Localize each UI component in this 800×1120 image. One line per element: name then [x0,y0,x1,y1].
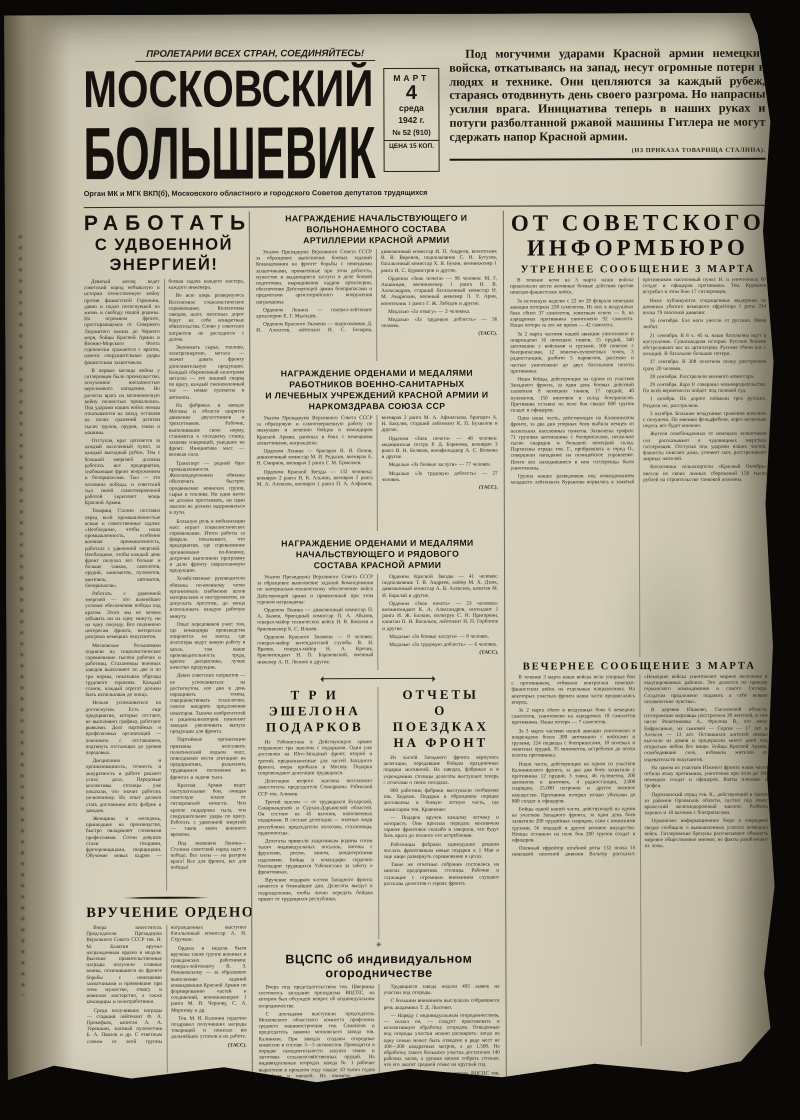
morning-report-body: В течение ночи на 3 марта наши войска пр… [510,277,767,658]
gifts-headline: Т Р И ЭШЕЛОНА ПОДАРКОВ [257,687,372,735]
award-artillery-headline: НАГРАЖДЕНИЕ НАЧАЛЬСТВУЮЩЕГО И ВОЛЬНОНАЕМ… [256,213,497,247]
ceremony-headline: ВРУЧЕНИЕ ОРДЕНОВ И МЕДАЛЕЙ СОЮЗА ССР [86,905,246,923]
ceremony-body: Вчера заместитель Председателя Президиум… [86,925,247,1074]
slogan: ПРОЛЕТАРИИ ВСЕХ СТРАН, СОЕДИНЯЙТЕСЬ! [135,48,375,62]
date-day: 4 [384,83,438,103]
sovinformburo-headline: ОТ СОВЕТСКОГО ИНФОРМБЮРО [510,210,766,261]
front-reports-headline: ОТЧЕТЫ О ПОЕЗДКАХ НА ФРОНТ [383,687,499,751]
stalin-quote: Под могучими ударами Красной армии немец… [449,47,765,145]
newspaper-title: МОСКОВСКИЙ БОЛЬШЕВИК [83,62,377,185]
gifts-body: Из Узбекистана в Действующую армию отпра… [258,739,373,927]
award-artillery-body: Указом Президиума Верховного Совета СССР… [256,249,497,362]
star-separator: ✳ [258,941,499,951]
editorial-headline: РАБОТАТЬ С УДВОЕННОЙ ЭНЕРГИЕЙ! [84,212,244,276]
scan-backdrop: { "masthead": { "slogan": "ПРОЛЕТАРИИ ВС… [0,0,800,1120]
left-column: РАБОТАТЬ С УДВОЕННОЙ ЭНЕРГИЕЙ! Девятый м… [84,211,253,1078]
evening-report-body: В течение 3 марта наши войска вели упорн… [511,674,768,1047]
lead-quote-block: Под могучими ударами Красной армии немец… [449,47,765,161]
award-medical-body: Указом Президиума Верховного Совета СССР… [256,415,497,532]
main-columns: РАБОТАТЬ С УДВОЕННОЙ ЭНЕРГИЕЙ! Девятый м… [84,210,769,1078]
masthead-band: ПРОЛЕТАРИИ ВСЕХ СТРАН, СОЕДИНЯЙТЕСЬ! МОС… [83,45,766,208]
morning-report-subhead: УТРЕННЕЕ СООБЩЕНИЕ 3 МАРТА [510,264,766,276]
quote-attribution: (ИЗ ПРИКАЗА ТОВАРИЩА СТАЛИНА). [450,146,766,154]
arrow-separator [322,678,433,679]
issue-number: № 52 (910) [384,128,438,137]
vcsps-headline: ВЦСПС об индивидуальном огородничестве [258,952,499,981]
evening-report-subhead: ВЕЧЕРНЕЕ СООБЩЕНИЕ 3 МАРТА [511,661,767,673]
award-staff-body: Указом Президиума Верховного Совета СССР… [257,574,498,671]
twin-articles: Т Р И ЭШЕЛОНА ПОДАРКОВ Из Узбекистана в … [257,687,499,940]
front-reports-article: ОТЧЕТЫ О ПОЕЗДКАХ НА ФРОНТ Из частей Зап… [378,687,499,939]
award-medical-headline: НАГРАЖДЕНИЕ ОРДЕНАМИ И МЕДАЛЯМИ РАБОТНИК… [256,368,497,413]
date-year: 1942 г. [384,115,438,125]
newspaper-page: ПРОЛЕТАРИИ ВСЕХ СТРАН, СОЕДИНЯЙТЕСЬ! МОС… [4,13,780,1108]
award-staff-headline: НАГРАЖДЕНИЕ ОРДЕНАМИ И МЕДАЛЯМИ НАЧАЛЬСТ… [257,538,498,572]
section-gap [256,361,497,367]
tapered-separator [122,897,210,899]
section-gap [257,531,498,537]
binding-spine [4,15,74,1107]
date-box: МАРТ 4 среда 1942 г. № 52 (910) ЦЕНА 15 … [383,68,439,172]
right-column: ОТ СОВЕТСКОГО ИНФОРМБЮРО УТРЕННЕЕ СООБЩЕ… [504,210,769,1077]
vcsps-body: Вчера под председательством тов. Шверник… [258,984,499,1078]
page-content: ПРОЛЕТАРИИ ВСЕХ СТРАН, СОЕДИНЯЙТЕСЬ! МОС… [83,45,769,1078]
gifts-article: Т Р И ЭШЕЛОНА ПОДАРКОВ Из Узбекистана в … [257,687,378,939]
organ-line: Орган МК и МГК ВКП(б), Московского облас… [84,188,446,198]
editorial-body: Девятый месяц ведет советский народ небы… [84,279,246,892]
front-reports-body: Из частей Западного фронта вернулись дел… [383,755,499,939]
center-column: НАГРАЖДЕНИЕ НАЧАЛЬСТВУЮЩЕГО И ВОЛЬНОНАЕМ… [250,211,507,1078]
title-line-2: БОЛЬШЕВИК [83,111,376,185]
price: ЦЕНА 15 КОП. [385,140,439,150]
date-weekday: среда [384,103,438,113]
